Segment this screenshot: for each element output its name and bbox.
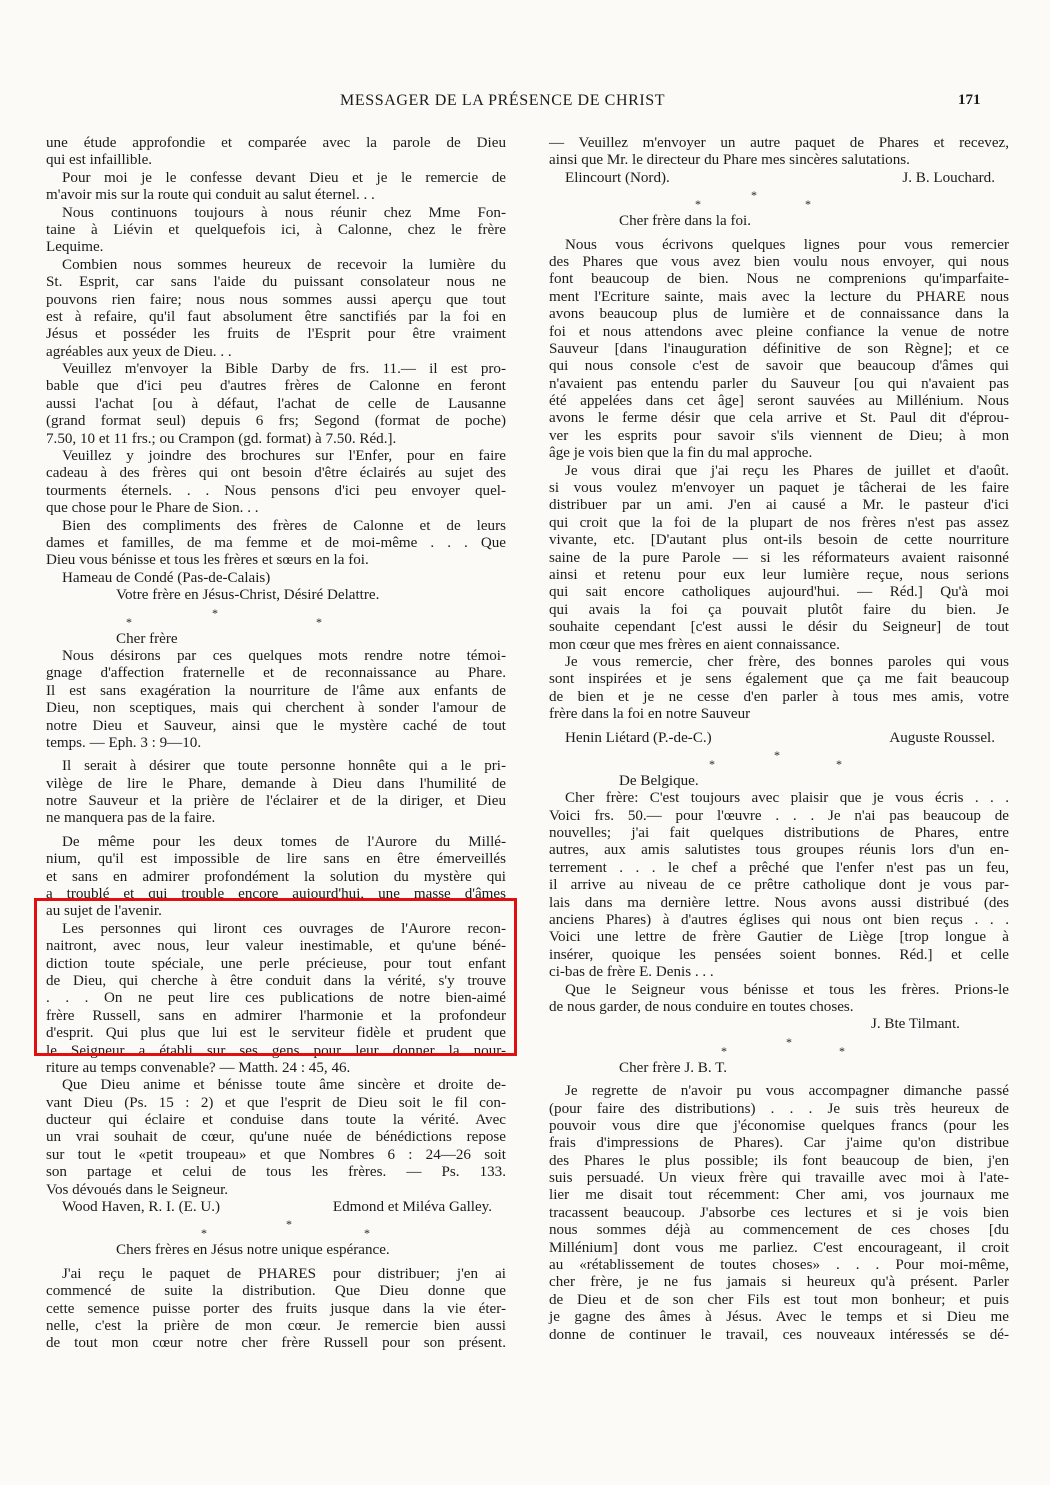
text-line: autres, aux amis salutistes tous groupes…: [549, 842, 1009, 859]
right-column: — Veuillez m'envoyer un autre paquet de …: [549, 135, 1009, 1361]
text-line: un vrai souhait de cœur, qu'une nuée de …: [46, 1129, 506, 1146]
text-line: pouvons rien faire; nous nous sommes aus…: [46, 292, 506, 309]
text-line: Veuillez y joindre des brochures sur l'E…: [46, 448, 506, 465]
text-line: des Phares le plus possible; ils font be…: [549, 1153, 1009, 1170]
text-line: suis persuadé. Un vieux frère qui travai…: [549, 1170, 1009, 1187]
text-line: J'ai reçu le paquet de PHARES pour distr…: [46, 1266, 506, 1283]
text-line: qui sait encore catholiques aujourd'hui.…: [549, 584, 1009, 601]
text-line: de tout mon cœur notre cher frère Russel…: [46, 1335, 506, 1352]
text-line: commencé de suite la distribution. Que D…: [46, 1283, 506, 1300]
signature-name: J. Bte Tilmant.: [549, 1016, 1009, 1033]
text-line: Je vous dirai que j'ai reçu les Phares d…: [549, 463, 1009, 480]
text-line: Cher frère: C'est toujours avec plaisir …: [549, 790, 1009, 807]
text-line: une étude approfondie et comparée avec l…: [46, 135, 506, 152]
text-line: St. Esprit, car sans l'aide du puissant …: [46, 274, 506, 291]
text-line: son partage et celui de tous les frères.…: [46, 1164, 506, 1181]
separator-star: *: [836, 756, 842, 773]
text-line: au «rétablissement de toutes choses» . .…: [549, 1257, 1009, 1274]
text-line: tourments éternels. . . Nous pensons d'i…: [46, 483, 506, 500]
text-line: nous sommes déjà au commencement de ces …: [549, 1222, 1009, 1239]
text-line: Chers frères en Jésus notre unique espér…: [46, 1242, 506, 1259]
text-line: lier me disait tout récemment: Cher ami,…: [549, 1187, 1009, 1204]
separator-star: *: [805, 196, 811, 213]
text-line: Que Dieu anime et bénisse toute âme sinc…: [46, 1077, 506, 1094]
text-line: (pour faire des distributions) . . . Je …: [549, 1101, 1009, 1118]
text-line: notre Dieu et Sauveur, ainsi que le myst…: [46, 718, 506, 735]
text-line: Nous vous écrivons quelques lignes pour …: [549, 237, 1009, 254]
text-line: frère Russell, sans en admirer l'harmoni…: [46, 1008, 506, 1025]
text-line: Votre frère en Jésus-Christ, Désiré Dela…: [46, 587, 506, 604]
text-line: pouvoir vous dire que j'économise quelqu…: [549, 1118, 1009, 1135]
text-line: Voici frs. 50.— pour l'œuvre . . . Je n'…: [549, 808, 1009, 825]
text-line: ainsi et retenu pour eux leur lumière re…: [549, 567, 1009, 584]
text-line: m'avoir mis sur la route qui conduit au …: [46, 187, 506, 204]
text-line: Nous désirons par ces quelques mots rend…: [46, 648, 506, 665]
separator-star: *: [721, 1043, 727, 1060]
section-separator: ***: [549, 1034, 1009, 1060]
text-line: de bien et je ne cesse d'en parler à tou…: [549, 689, 1009, 706]
text-line: avons le ferme désir que cela arrive et …: [549, 410, 1009, 427]
section-separator: ***: [549, 747, 1009, 773]
text-line: Cher frère J. B. T.: [549, 1060, 1009, 1077]
text-line: qui nous console c'est de savoir que bea…: [549, 358, 1009, 375]
signature-place: Henin Liétard (P.-de-C.): [565, 730, 712, 747]
text-line: . . . On ne peut lire ces publications d…: [46, 990, 506, 1007]
text-line: cher frère, je ne fus jamais si heureux …: [549, 1274, 1009, 1291]
text-line: diction toute spéciale, une perle précie…: [46, 956, 506, 973]
text-line: vant Dieu (Ps. 15 : 2) et que l'esprit d…: [46, 1095, 506, 1112]
text-line: Jésus et posséder les fruits de l'Esprit…: [46, 326, 506, 343]
separator-star: *: [786, 1034, 792, 1051]
text-line: de nous garder, de nous conduire en tout…: [549, 999, 1009, 1016]
text-line: Vos dévoués dans le Seigneur.: [46, 1182, 506, 1199]
text-line: ne manquera pas de la faire.: [46, 810, 506, 827]
text-line: été appelées dans cet âge] seront sauvée…: [549, 393, 1009, 410]
text-line: nium, qu'il est impossible de lire sans …: [46, 851, 506, 868]
text-line: donne de continuer le travail, ces nouve…: [549, 1327, 1009, 1344]
text-line: Voici une lettre de frère Gautier de Liè…: [549, 929, 1009, 946]
text-line: — Veuillez m'envoyer un autre paquet de …: [549, 135, 1009, 152]
running-header: MESSAGER DE LA PRÉSENCE DE CHRIST: [340, 92, 710, 110]
text-line: que chose pour le Phare de Sion. . .: [46, 500, 506, 517]
text-line: Je regrette de n'avoir pu vous accompagn…: [549, 1083, 1009, 1100]
text-line: le Seigneur a établi sur ses gens pour l…: [46, 1043, 506, 1060]
separator-star: *: [364, 1225, 370, 1242]
signature-place: Wood Haven, R. I. (E. U.): [62, 1199, 220, 1216]
text-line: De Belgique.: [549, 773, 1009, 790]
text-line: Hameau de Condé (Pas-de-Calais): [46, 570, 506, 587]
separator-star: *: [774, 747, 780, 764]
text-line: distribuer par un ami. J'en ai causé a M…: [549, 497, 1009, 514]
text-line: vivante, etc. [D'autant plus ont-ils bes…: [549, 532, 1009, 549]
section-separator: ***: [46, 1216, 506, 1242]
text-line: Combien nous sommes heureux de recevoir …: [46, 257, 506, 274]
text-line: de Dieu et de son cher Fils est tout mon…: [549, 1292, 1009, 1309]
text-line: frère dans la foi en notre Sauveur: [549, 706, 1009, 723]
text-line: nouvelles; j'ai fait quelques distributi…: [549, 825, 1009, 842]
text-line: aussi l'achat [ou à défaut, l'achat de c…: [46, 396, 506, 413]
text-line: [549, 1344, 1009, 1361]
separator-star: *: [201, 1225, 207, 1242]
text-line: mon cœur que mes frères en aient connais…: [549, 637, 1009, 654]
signature-line: Elincourt (Nord).J. B. Louchard.: [549, 170, 1009, 187]
text-line: vilège de lire le Phare, demande à Dieu …: [46, 776, 506, 793]
text-line: Cher frère: [46, 631, 506, 648]
text-line: riture au temps convenable? — Matth. 24 …: [46, 1060, 506, 1077]
text-line: je gagne des âmes à Jésus. Avec le temps…: [549, 1309, 1009, 1326]
text-line: d'esprit. Qui plus que lui est le servit…: [46, 1025, 506, 1042]
separator-star: *: [126, 614, 132, 631]
signature-place: Elincourt (Nord).: [565, 170, 670, 187]
text-line: Dieu, non sceptiques, mais qui cherchent…: [46, 700, 506, 717]
text-line: qui croit que la foi de la plupart de no…: [549, 515, 1009, 532]
text-line: est à refaire, qu'il faut absolument êtr…: [46, 309, 506, 326]
text-line: et sans en admirer profondément la solut…: [46, 869, 506, 886]
text-line: a troublé et qui trouble encore aujourd'…: [46, 886, 506, 903]
text-line: qui est infaillible.: [46, 152, 506, 169]
signature-line: Henin Liétard (P.-de-C.)Auguste Roussel.: [549, 730, 1009, 747]
text-line: Sauveur [dans l'inauguration définitive …: [549, 341, 1009, 358]
separator-star: *: [709, 756, 715, 773]
text-line: Que le Seigneur vous bénisse et tous les…: [549, 982, 1009, 999]
text-line: bable que d'ici peu d'autres frères de C…: [46, 378, 506, 395]
text-line: souhaite cependant [c'est aussi le désir…: [549, 619, 1009, 636]
text-line: insérer, quoique les pensées soient bonn…: [549, 947, 1009, 964]
text-line: n'avaient pas entendu parler du Sauveur …: [549, 376, 1009, 393]
text-line: avons beaucoup plus de lumière et de con…: [549, 306, 1009, 323]
text-line: Millénium] dont vous me parliez. C'est e…: [549, 1240, 1009, 1257]
text-line: Pour moi je le confesse devant Dieu et j…: [46, 170, 506, 187]
text-line: sur tout le «petit troupeau» et que Nomb…: [46, 1147, 506, 1164]
text-line: ment l'Ecriture sainte, mais avec la lec…: [549, 289, 1009, 306]
text-line: De même pour les deux tomes de l'Aurore …: [46, 834, 506, 851]
text-line: Bien des compliments des frères de Calon…: [46, 518, 506, 535]
text-line: de Dieu, qui cherche à être conduit dans…: [46, 973, 506, 990]
page-number: 171: [958, 92, 981, 109]
text-line: dames et familles, de ma femme et de moi…: [46, 535, 506, 552]
separator-star: *: [212, 605, 218, 622]
text-line: cette semence puisse porter des fruits j…: [46, 1301, 506, 1318]
text-line: gnage d'affection fraternelle et de reco…: [46, 665, 506, 682]
text-line: Lequime.: [46, 239, 506, 256]
text-line: Les personnes qui liront ces ouvrages de…: [46, 921, 506, 938]
text-line: temps. — Eph. 3 : 9—10.: [46, 735, 506, 752]
text-line: anciens Phares) à d'autres églises qui n…: [549, 912, 1009, 929]
section-separator: ***: [549, 187, 1009, 213]
text-line: frais d'impressions de Phares). Car j'ai…: [549, 1135, 1009, 1152]
text-line: (grand format seul) depuis 6 frs; Segond…: [46, 413, 506, 430]
text-line: font beaucoup de bien. Nous ne comprenio…: [549, 271, 1009, 288]
text-line: saine de la pure Parole — si les réforma…: [549, 550, 1009, 567]
text-line: lais dans ma dernière lettre. Nous avons…: [549, 895, 1009, 912]
text-line: 7.50, 10 et 11 frs.; ou Crampon (gd. for…: [46, 431, 506, 448]
signature-name: Auguste Roussel.: [889, 730, 1009, 747]
text-line: tracassent beaucoup. J'absorbe ces lectu…: [549, 1205, 1009, 1222]
text-line: âge je vois bien que la fin du mal appro…: [549, 445, 1009, 462]
text-line: cadeau à des frères qui ont besoin d'êtr…: [46, 465, 506, 482]
text-line: foi et nous attendons avec pleine confia…: [549, 324, 1009, 341]
text-line: Nous continuons toujours à nous réunir c…: [46, 205, 506, 222]
text-line: Dieu vous bénisse et tous les frères et …: [46, 552, 506, 569]
text-line: sont inspirées et je sens également que …: [549, 671, 1009, 688]
text-line: Il est sans exagération la nourriture de…: [46, 683, 506, 700]
text-line: des Phares que vous avez bien voulu nous…: [549, 254, 1009, 271]
text-line: si vous voulez m'envoyer un paquet je tâ…: [549, 480, 1009, 497]
text-line: naitront, avec nous, leur valeur inestim…: [46, 938, 506, 955]
signature-line: Wood Haven, R. I. (E. U.)Edmond et Milév…: [46, 1199, 506, 1216]
text-line: ver les esprits pour savoir s'ils vienne…: [549, 428, 1009, 445]
text-line: terrement . . . le chef a prêché que l'e…: [549, 860, 1009, 877]
text-line: il arrive au niveau de ce prêtre catholi…: [549, 877, 1009, 894]
text-line: agréables aux yeux de Dieu. . .: [46, 344, 506, 361]
separator-star: *: [751, 187, 757, 204]
text-line: taine à Liévin et quelquefois ici, à Cal…: [46, 222, 506, 239]
separator-star: *: [316, 614, 322, 631]
signature-name: J. B. Louchard.: [902, 170, 1009, 187]
text-line: Je vous remercie, cher frère, des bonnes…: [549, 654, 1009, 671]
signature-name: Edmond et Miléva Galley.: [333, 1199, 506, 1216]
separator-star: *: [695, 196, 701, 213]
text-line: Il serait à désirer que toute personne h…: [46, 758, 506, 775]
separator-star: *: [839, 1043, 845, 1060]
left-column: une étude approfondie et comparée avec l…: [46, 135, 506, 1353]
text-line: Veuillez m'envoyer la Bible Darby de frs…: [46, 361, 506, 378]
text-line: ci-bas de frère E. Denis . . .: [549, 964, 1009, 981]
text-line: au sujet de l'avenir.: [46, 903, 506, 920]
text-line: Cher frère dans la foi.: [549, 213, 1009, 230]
text-line: qui avais la foi ça pouvait plutôt faire…: [549, 602, 1009, 619]
text-line: ainsi que Mr. le directeur du Phare mes …: [549, 152, 1009, 169]
text-line: nelle, c'est la prière de mon cœur. Je r…: [46, 1318, 506, 1335]
text-line: notre Sauveur et la prière de l'éclairer…: [46, 793, 506, 810]
separator-star: *: [286, 1216, 292, 1233]
section-separator: ***: [46, 605, 506, 631]
text-line: ducteur qui éclaire et conduise dans tou…: [46, 1112, 506, 1129]
